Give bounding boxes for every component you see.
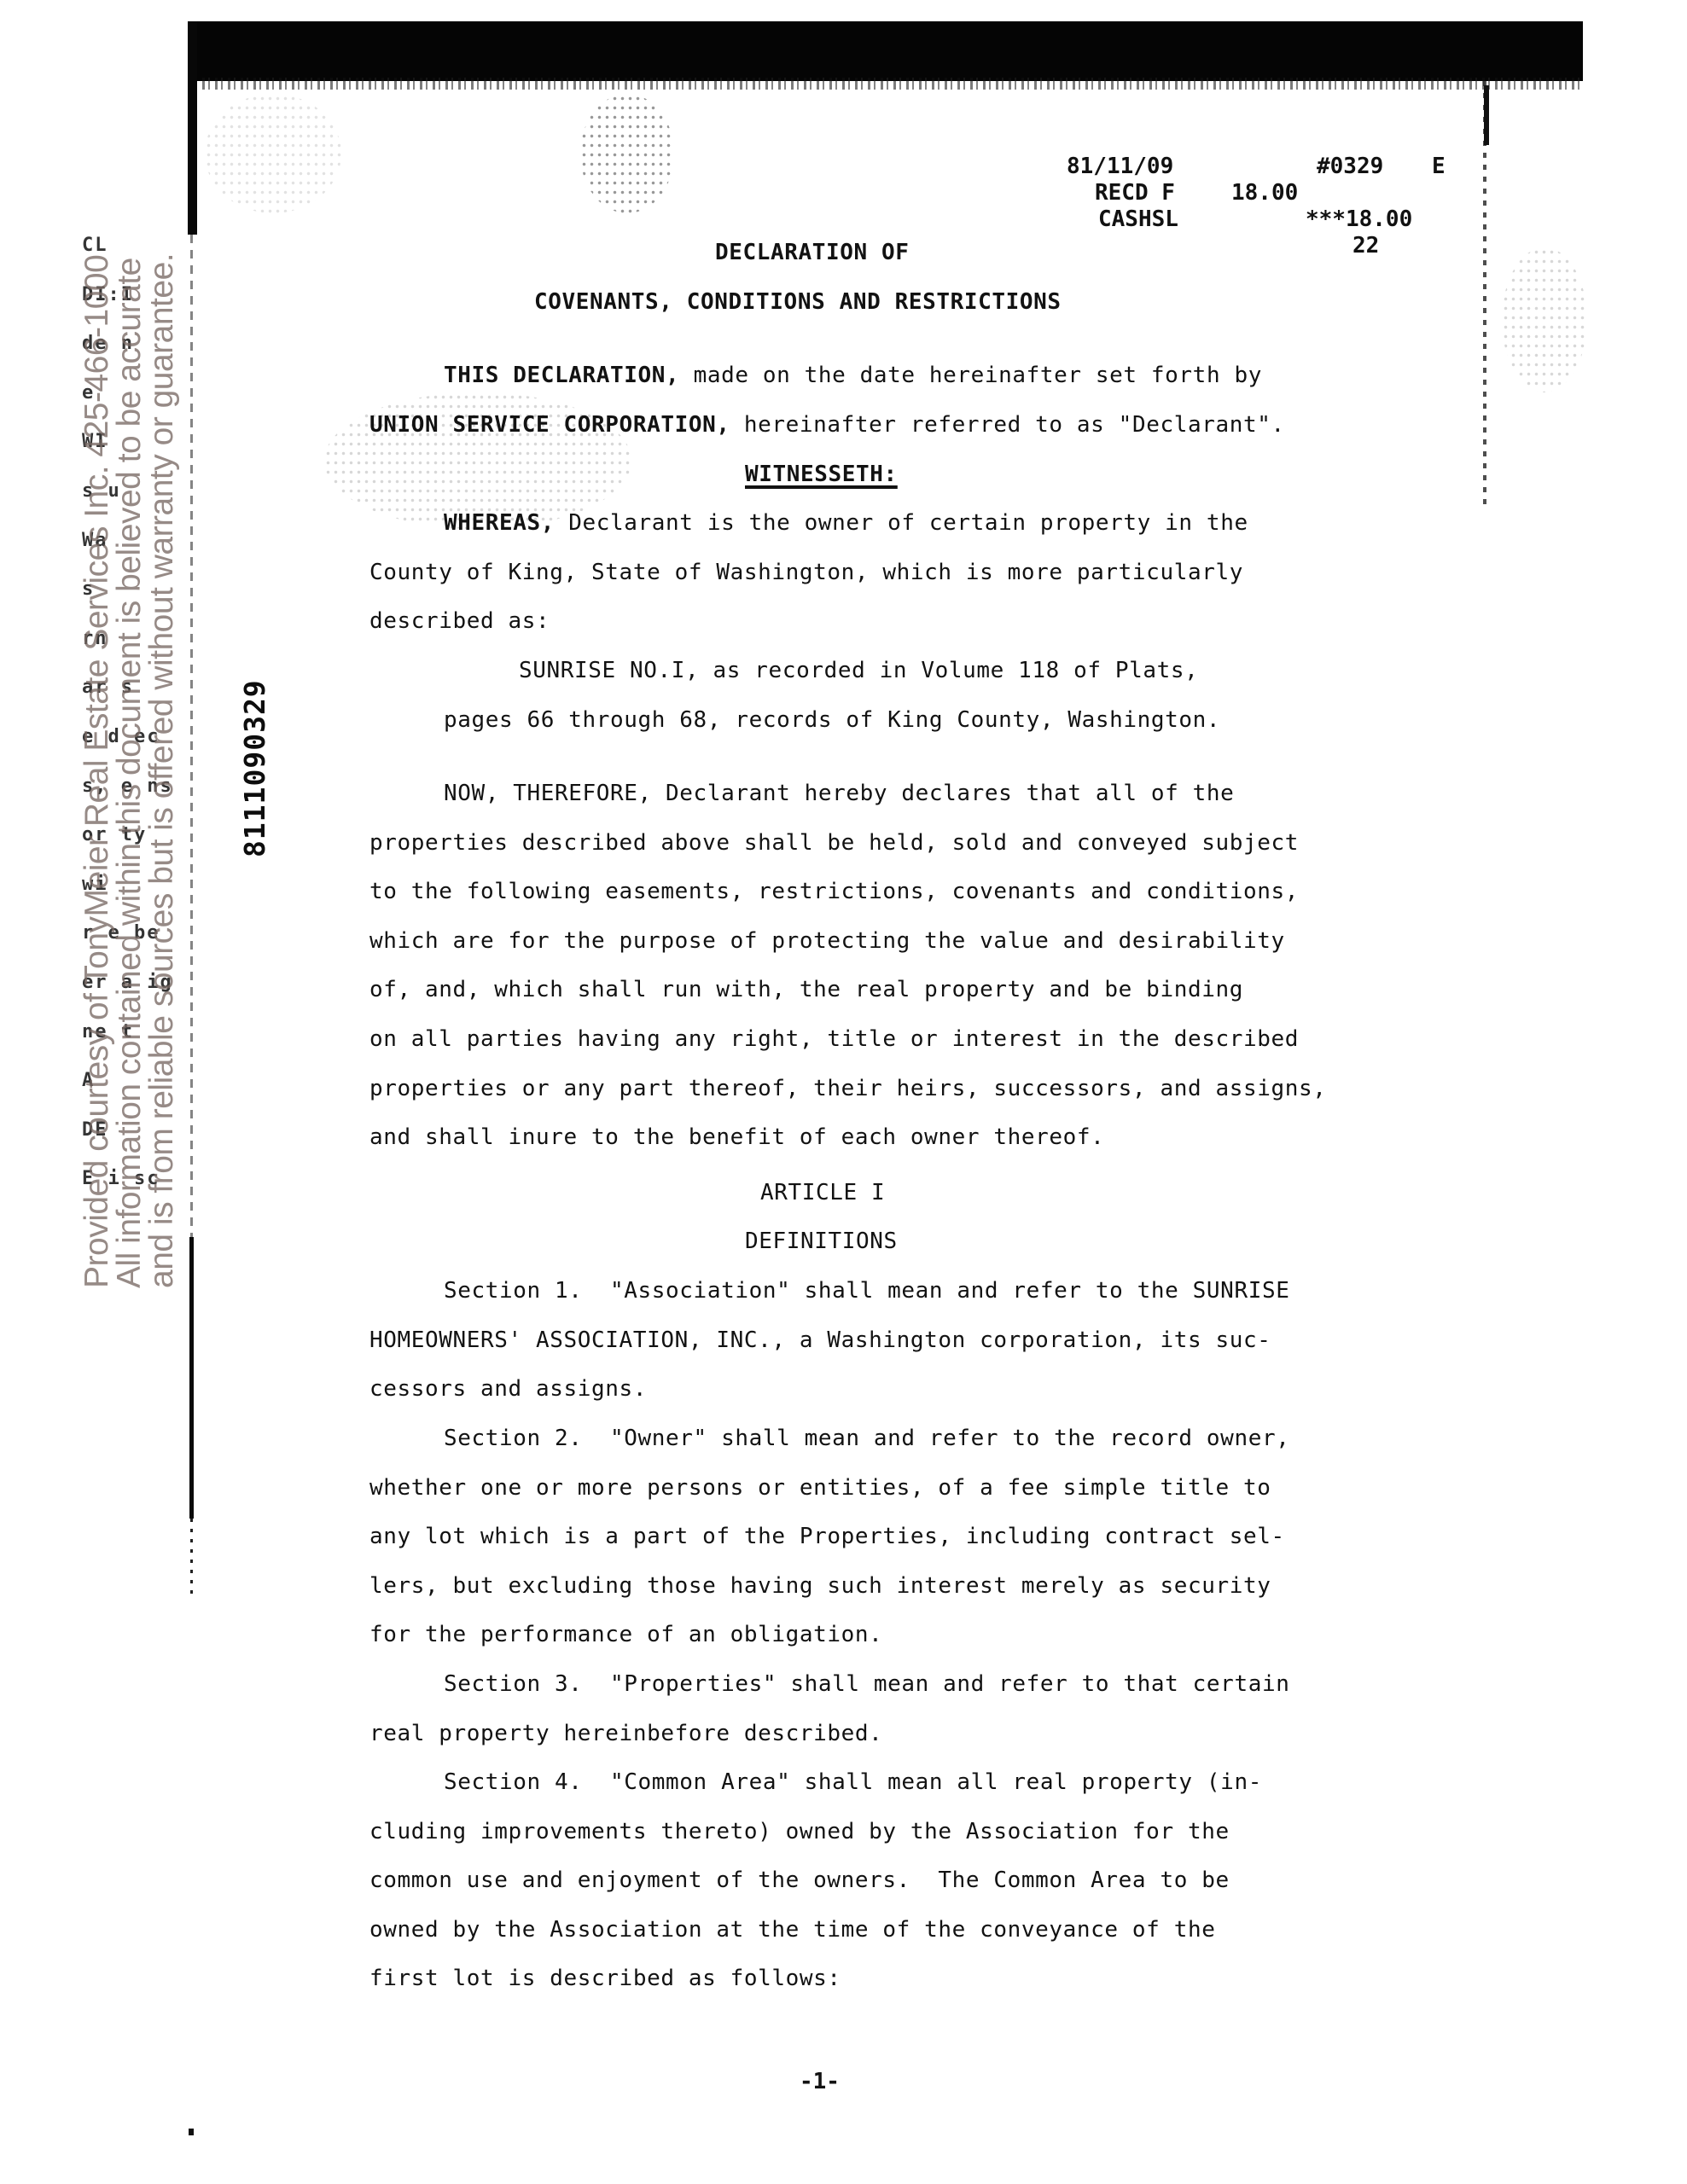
- whereas-text: Declarant is the owner of certain proper…: [555, 510, 1248, 536]
- section-line: Section 3. "Properties" shall mean and r…: [444, 1671, 1289, 1697]
- receipt-date: 81/11/09: [1067, 154, 1173, 180]
- preamble-line: THIS DECLARATION, made on the date herei…: [444, 363, 1262, 388]
- section-line: cluding improvements thereto) owned by t…: [369, 1819, 1230, 1844]
- recording-number-stamp: 8111090329: [238, 679, 271, 857]
- section-line: whether one or more persons or entities,…: [369, 1475, 1271, 1501]
- scan-top-border: [189, 21, 1583, 81]
- preamble-text: hereinafter referred to as "Declarant".: [730, 412, 1285, 438]
- section-line: cessors and assigns.: [369, 1376, 647, 1402]
- document-title: DECLARATION OF: [715, 240, 910, 265]
- now-therefore-line: NOW, THEREFORE, Declarant hereby declare…: [444, 781, 1234, 806]
- preamble-bold-lead: UNION SERVICE CORPORATION,: [369, 412, 730, 438]
- receipt-suffix: E: [1432, 154, 1446, 180]
- scan-noise: [580, 94, 674, 213]
- now-therefore-line: properties or any part thereof, their he…: [369, 1076, 1326, 1101]
- now-therefore-line: which are for the purpose of protecting …: [369, 928, 1285, 954]
- whereas-line: County of King, State of Washington, whi…: [369, 560, 1243, 585]
- watermark-line-3: and is from reliable sources but is offe…: [146, 162, 178, 1288]
- now-therefore-line: on all parties having any right, title o…: [369, 1026, 1299, 1052]
- legal-description-line: pages 66 through 68, records of King Cou…: [444, 707, 1220, 733]
- scan-noise: [205, 94, 341, 213]
- receipt-instrument-no: #0329: [1317, 154, 1383, 180]
- document-subtitle: COVENANTS, CONDITIONS AND RESTRICTIONS: [534, 289, 1062, 315]
- scan-speck: [189, 2129, 194, 2135]
- preamble-bold-lead: THIS DECLARATION,: [444, 363, 679, 388]
- receipt-cash-amount: ***18.00: [1306, 206, 1412, 233]
- watermark-line-2: All information contained within this do…: [113, 162, 146, 1288]
- scan-right-rule: [1483, 81, 1486, 508]
- preamble-line: UNION SERVICE CORPORATION, hereinafter r…: [369, 412, 1285, 438]
- now-therefore-line: of, and, which shall run with, the real …: [369, 977, 1243, 1002]
- section-line: any lot which is a part of the Propertie…: [369, 1524, 1285, 1549]
- now-therefore-line: properties described above shall be held…: [369, 830, 1299, 856]
- watermark-line-1: Provided courtesy of TonyMeier Real Esta…: [81, 162, 113, 1288]
- receipt-recd-label: RECD F: [1095, 180, 1175, 206]
- section-line: common use and enjoyment of the owners. …: [369, 1867, 1230, 1893]
- page-number: -1-: [800, 2069, 840, 2094]
- section-line: Section 4. "Common Area" shall mean all …: [444, 1769, 1262, 1795]
- article-title: DEFINITIONS: [745, 1228, 898, 1254]
- section-line: Section 2. "Owner" shall mean and refer …: [444, 1426, 1289, 1451]
- section-line: for the performance of an obligation.: [369, 1622, 882, 1647]
- section-line: HOMEOWNERS' ASSOCIATION, INC., a Washing…: [369, 1327, 1271, 1353]
- receipt-recd-amount: 18.00: [1231, 180, 1298, 206]
- scan-left-edge: [188, 21, 197, 235]
- section-line: Section 1. "Association" shall mean and …: [444, 1278, 1289, 1304]
- whereas-line: described as:: [369, 608, 550, 634]
- scan-right-rule-top: [1484, 85, 1489, 145]
- section-line: lers, but excluding those having such in…: [369, 1573, 1271, 1599]
- scan-noise: [1502, 247, 1587, 392]
- preamble-text: made on the date hereinafter set forth b…: [679, 363, 1262, 388]
- scan-left-rule: [190, 235, 193, 1241]
- now-therefore-line: to the following easements, restrictions…: [369, 879, 1299, 904]
- section-line: owned by the Association at the time of …: [369, 1917, 1215, 1943]
- courtesy-watermark: Provided courtesy of TonyMeier Real Esta…: [81, 162, 178, 1288]
- section-line: first lot is described as follows:: [369, 1966, 841, 1991]
- legal-description-line: SUNRISE NO.I, as recorded in Volume 118 …: [519, 658, 1198, 683]
- whereas-bold-lead: WHEREAS,: [444, 510, 555, 536]
- receipt-station: 22: [1353, 233, 1379, 259]
- now-therefore-line: and shall inure to the benefit of each o…: [369, 1124, 1104, 1150]
- section-line: real property hereinbefore described.: [369, 1721, 882, 1746]
- receipt-cash-label: CASHSL: [1098, 206, 1178, 233]
- scan-left-rule-faint: [190, 1519, 193, 1595]
- witnesseth-heading: WITNESSETH:: [745, 462, 898, 487]
- scan-left-rule-dark: [189, 1237, 194, 1519]
- article-heading: ARTICLE I: [760, 1180, 885, 1205]
- whereas-line: WHEREAS, Declarant is the owner of certa…: [444, 510, 1248, 536]
